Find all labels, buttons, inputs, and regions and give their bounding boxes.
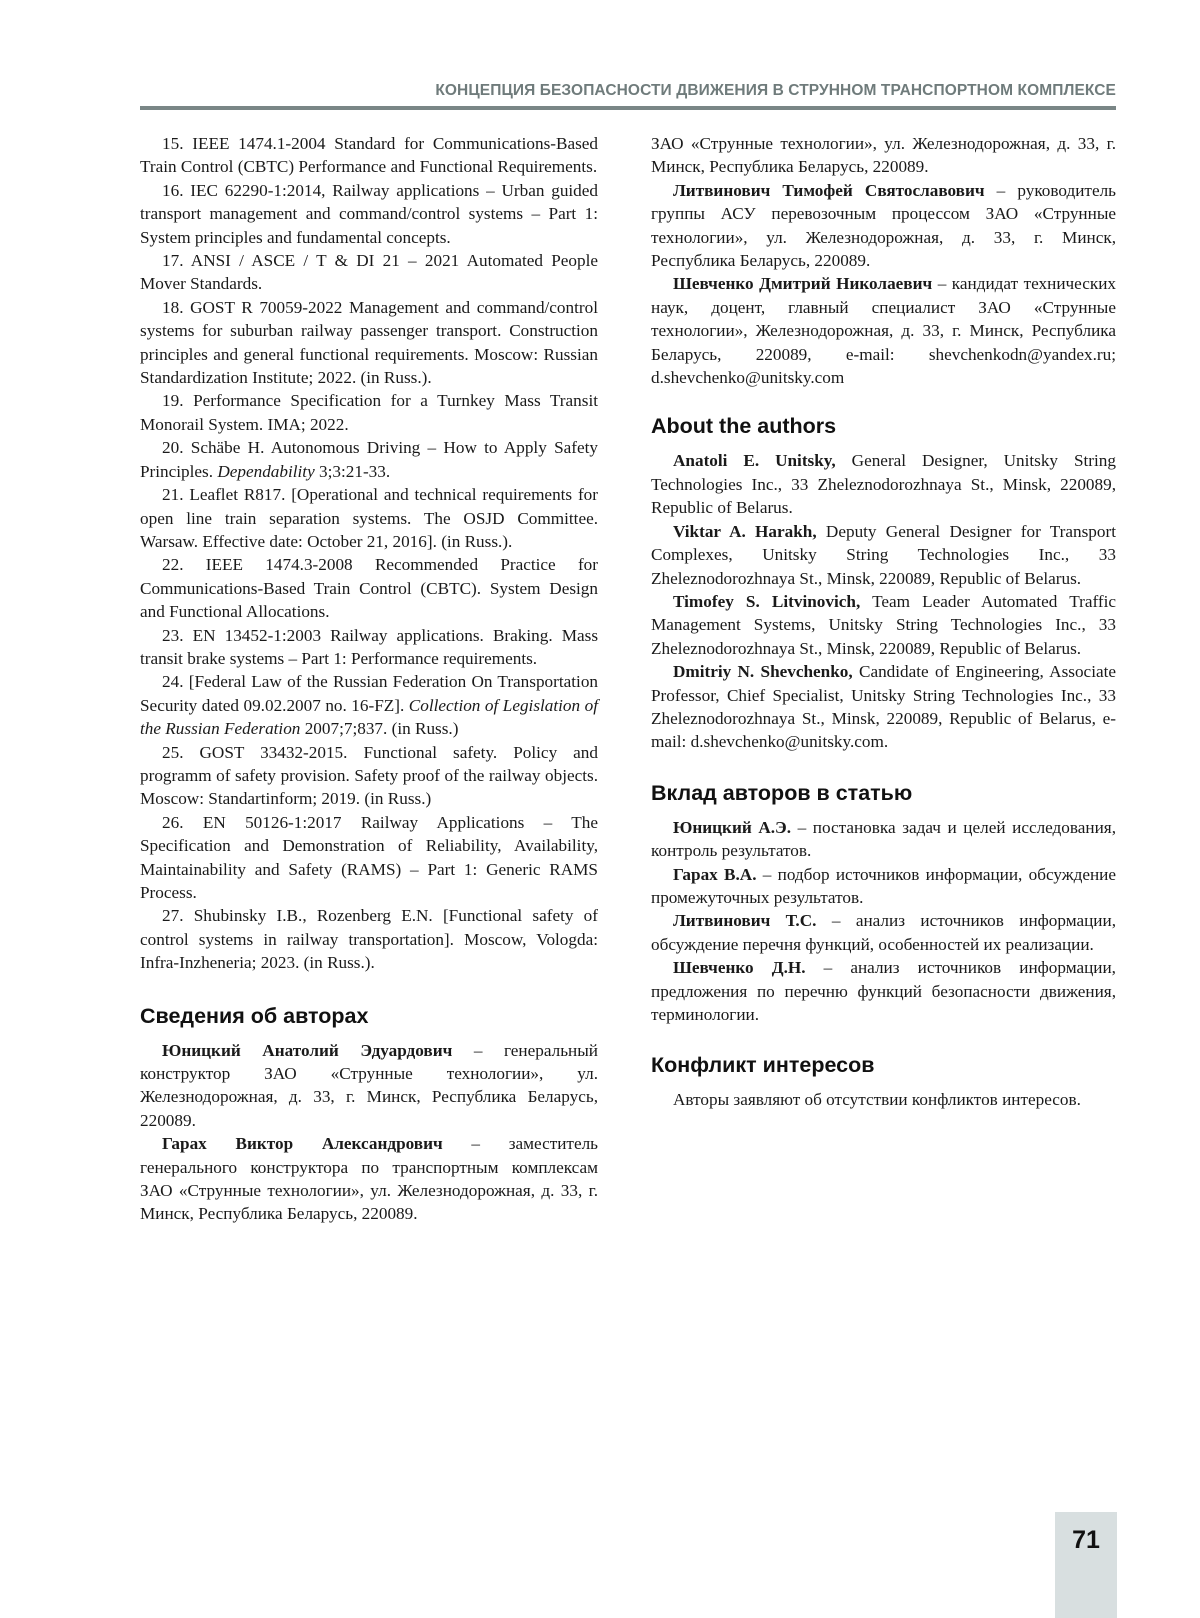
author-ru-item: Литвинович Тимофей Святославович – руков… <box>651 179 1116 273</box>
reference-number: 25. <box>162 743 183 762</box>
reference-item: 23. EN 13452-1:2003 Railway applications… <box>140 624 598 671</box>
reference-text: Leaflet R817. [Operational and technical… <box>140 485 598 551</box>
conflict-heading: Конфликт интересов <box>651 1052 1116 1078</box>
author-en-item: Viktar A. Harakh, Deputy General Designe… <box>651 520 1116 590</box>
reference-number: 17. <box>162 251 183 270</box>
reference-number: 21. <box>162 485 183 504</box>
reference-item: 24. [Federal Law of the Russian Federati… <box>140 670 598 740</box>
contribution-heading: Вклад авторов в статью <box>651 780 1116 806</box>
reference-number: 27. <box>162 906 183 925</box>
author-name: Гарах Виктор Александрович <box>162 1134 443 1153</box>
author-en-item: Timofey S. Litvinovich, Team Leader Auto… <box>651 590 1116 660</box>
reference-item: 16. IEC 62290-1:2014, Railway applicatio… <box>140 179 598 249</box>
author-short-name: Шевченко Д.Н. <box>673 958 806 977</box>
conflict-text: Авторы заявляют об отсутствии конфликтов… <box>651 1088 1116 1111</box>
running-head: КОНЦЕПЦИЯ БЕЗОПАСНОСТИ ДВИЖЕНИЯ В СТРУНН… <box>140 82 1116 112</box>
author-ru-item: Юницкий Анатолий Эдуардович – генеральны… <box>140 1039 598 1133</box>
reference-number: 22. <box>162 555 183 574</box>
reference-item: 20. Schäbe H. Autonomous Driving – How t… <box>140 436 598 483</box>
reference-item: 18. GOST R 70059-2022 Management and com… <box>140 296 598 390</box>
reference-item: 27. Shubinsky I.B., Rozenberg E.N. [Func… <box>140 904 598 974</box>
reference-text: GOST R 70059-2022 Management and command… <box>140 298 598 387</box>
authors-en-heading: About the authors <box>651 413 1116 439</box>
reference-item: 25. GOST 33432-2015. Functional safety. … <box>140 741 598 811</box>
reference-number: 15. <box>162 134 183 153</box>
author-en-item: Dmitriy N. Shevchenko, Candidate of Engi… <box>651 660 1116 754</box>
author-name: Anatoli E. Unitsky, <box>673 451 836 470</box>
reference-text: IEEE 1474.1-2004 Standard for Communicat… <box>140 134 598 176</box>
authors-ru-heading: Сведения об авторах <box>140 1003 598 1029</box>
reference-number: 26. <box>162 813 183 832</box>
author-en-item: Anatoli E. Unitsky, General Designer, Un… <box>651 449 1116 519</box>
reference-item: 22. IEEE 1474.3-2008 Recommended Practic… <box>140 553 598 623</box>
author-ru-item: Шевченко Дмитрий Николаевич – кандидат т… <box>651 272 1116 389</box>
contribution-item: Гарах В.А. – подбор источников информаци… <box>651 863 1116 910</box>
reference-number: 18. <box>162 298 183 317</box>
reference-item: 15. IEEE 1474.1-2004 Standard for Commun… <box>140 132 598 179</box>
author-name: Шевченко Дмитрий Николаевич <box>673 274 932 293</box>
author-name: Viktar A. Harakh, <box>673 522 817 541</box>
reference-text-tail: 2007;7;837. (in Russ.) <box>300 719 458 738</box>
header-rule <box>140 106 1116 110</box>
page-number-tab: 71 <box>1055 1512 1117 1618</box>
reference-text-tail: 3;3:21-33. <box>315 462 390 481</box>
author-name: Литвинович Тимофей Святославович <box>673 181 985 200</box>
right-column: ЗАО «Струнные технологии», ул. Железнодо… <box>651 132 1116 1112</box>
contribution-item: Шевченко Д.Н. – анализ источников информ… <box>651 956 1116 1026</box>
reference-item: 26. EN 50126-1:2017 Railway Applications… <box>140 811 598 905</box>
reference-text: GOST 33432-2015. Functional safety. Poli… <box>140 743 598 809</box>
running-head-title: КОНЦЕПЦИЯ БЕЗОПАСНОСТИ ДВИЖЕНИЯ В СТРУНН… <box>435 82 1116 100</box>
contribution-item: Юницкий А.Э. – постановка задач и целей … <box>651 816 1116 863</box>
reference-number: 24. <box>162 672 183 691</box>
reference-text: Performance Specification for a Turnkey … <box>140 391 598 433</box>
reference-text: Shubinsky I.B., Rozenberg E.N. [Function… <box>140 906 598 972</box>
page-number: 71 <box>1055 1526 1117 1555</box>
reference-item: 17. ANSI / ASCE / T & DI 21 – 2021 Autom… <box>140 249 598 296</box>
journal-title: Dependability <box>217 462 314 481</box>
reference-item: 21. Leaflet R817. [Operational and techn… <box>140 483 598 553</box>
reference-number: 23. <box>162 626 183 645</box>
reference-text: IEEE 1474.3-2008 Recommended Practice fo… <box>140 555 598 621</box>
author-details-continued: ЗАО «Струнные технологии», ул. Железнодо… <box>651 134 1116 176</box>
left-column: 15. IEEE 1474.1-2004 Standard for Commun… <box>140 132 598 1226</box>
author-name: Юницкий Анатолий Эдуардович <box>162 1041 452 1060</box>
reference-text: EN 13452-1:2003 Railway applications. Br… <box>140 626 598 668</box>
author-name: Timofey S. Litvinovich, <box>673 592 860 611</box>
reference-text: ANSI / ASCE / T & DI 21 – 2021 Automated… <box>140 251 598 293</box>
reference-text: EN 50126-1:2017 Railway Applications – T… <box>140 813 598 902</box>
reference-number: 16. <box>162 181 183 200</box>
author-short-name: Юницкий А.Э. <box>673 818 791 837</box>
reference-item: 19. Performance Specification for a Turn… <box>140 389 598 436</box>
author-short-name: Литвинович Т.С. <box>673 911 816 930</box>
reference-text: IEC 62290-1:2014, Railway applications –… <box>140 181 598 247</box>
author-ru-item-continued: ЗАО «Струнные технологии», ул. Железнодо… <box>651 132 1116 179</box>
reference-list: 15. IEEE 1474.1-2004 Standard for Commun… <box>140 132 598 975</box>
reference-number: 19. <box>162 391 183 410</box>
author-ru-item: Гарах Виктор Александрович – заместитель… <box>140 1132 598 1226</box>
author-short-name: Гарах В.А. <box>673 865 757 884</box>
reference-number: 20. <box>162 438 183 457</box>
contribution-item: Литвинович Т.С. – анализ источников инфо… <box>651 909 1116 956</box>
author-name: Dmitriy N. Shevchenko, <box>673 662 853 681</box>
